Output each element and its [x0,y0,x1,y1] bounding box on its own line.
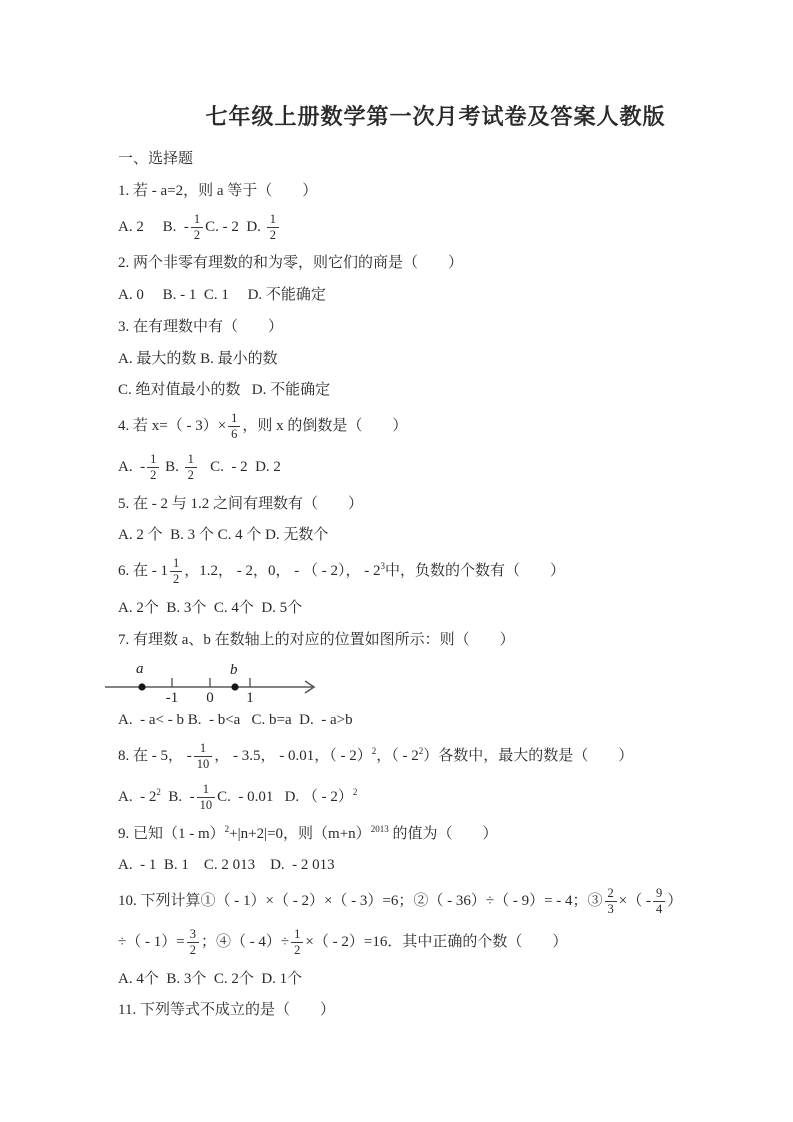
fraction: 23 [605,887,617,916]
numberline-label-a: a [136,661,144,677]
question-7-figure: a b -1 0 1 [102,661,753,710]
superscript: 2 [156,787,161,797]
question-5-options: A. 2 个 B. 3 个 C. 4 个 D. 无数个 [118,525,753,545]
document-content: 七年级上册数学第一次月考试卷及答案人教版 一、选择题 1. 若 - a=2，则 … [0,0,793,1021]
fraction: 16 [228,412,240,441]
fraction: 110 [194,742,213,771]
question-4-options: A. -12 B. 12 C. - 2 D. 2 [118,453,753,482]
page-title: 七年级上册数学第一次月考试卷及答案人教版 [118,100,753,131]
question-8-options: A. - 22 B. -110C. - 0.01 D. （ - 2）2 [118,783,753,812]
superscript: 2 [419,746,424,756]
question-1-stem: 1. 若 - a=2，则 a 等于（ ） [118,181,753,201]
question-6-stem: 6. 在 - 112，1.2， - 2，0， - （ - 2）， - 23中，负… [118,557,753,586]
question-9-options: A. - 1 B. 1 C. 2 013 D. - 2 013 [118,855,753,875]
superscript: 3 [380,561,385,571]
fraction: 12 [191,213,203,242]
question-10-part1: 10. 下列计算①（ - 1）×（ - 2）×（ - 3）=6；②（ - 36）… [118,887,753,916]
fraction: 12 [147,453,159,482]
fraction: 110 [197,783,216,812]
question-2-stem: 2. 两个非零有理数的和为零，则它们的商是（ ） [118,253,753,273]
numberline-point-a [138,684,145,691]
question-5-stem: 5. 在 - 2 与 1.2 之间有理数有（ ） [118,494,753,514]
question-7-stem: 7. 有理数 a、b 在数轴上的对应的位置如图所示：则（ ） [118,630,753,650]
question-7-options: A. - a< - b B. - b<a C. b=a D. - a>b [118,710,753,730]
fraction: 12 [291,928,303,957]
superscript: 2013 [371,824,389,834]
question-9-stem: 9. 已知（1 - m）2+|n+2|=0，则（m+n）2013 的值为（ ） [118,824,753,844]
question-10-part2: ÷（ - 1）=32；④（ - 4）÷12×（ - 2）=16．其中正确的个数（… [118,928,753,957]
numberline-point-b [231,684,238,691]
fraction: 94 [653,887,665,916]
fraction: 12 [185,453,197,482]
question-1-options: A. 2 B. -12C. - 2 D. 12 [118,213,753,242]
question-4-stem: 4. 若 x=（ - 3）×16，则 x 的倒数是（ ） [118,412,753,441]
fraction: 32 [187,928,199,957]
question-3-stem: 3. 在有理数中有（ ） [118,317,753,337]
question-3-options-ab: A. 最大的数 B. 最小的数 [118,349,753,369]
fraction: 12 [267,213,279,242]
fraction: 12 [170,557,182,586]
question-10-options: A. 4个 B. 3个 C. 2个 D. 1个 [118,969,753,989]
section-header: 一、选择题 [118,149,753,169]
question-11-stem: 11. 下列等式不成立的是（ ） [118,1000,753,1020]
question-2-options: A. 0 B. - 1 C. 1 D. 不能确定 [118,285,753,305]
superscript: 2 [353,787,358,797]
numberline-ticklabel-1: 1 [246,690,254,705]
numberline-ticklabel-minus1: -1 [166,690,179,705]
numberline-label-b: b [230,662,238,678]
superscript: 2 [225,824,230,834]
numberline-diagram: a b -1 0 1 [102,661,327,705]
question-6-options: A. 2个 B. 3个 C. 4个 D. 5个 [118,598,753,618]
numberline-ticklabel-0: 0 [206,690,214,705]
exam-document-page: 七年级上册数学第一次月考试卷及答案人教版 一、选择题 1. 若 - a=2，则 … [0,0,793,1122]
superscript: 2 [372,746,377,756]
question-8-stem: 8. 在 - 5， -110， - 3.5， - 0.01，（ - 2）2，（ … [118,742,753,771]
question-3-options-cd: C. 绝对值最小的数 D. 不能确定 [118,380,753,400]
